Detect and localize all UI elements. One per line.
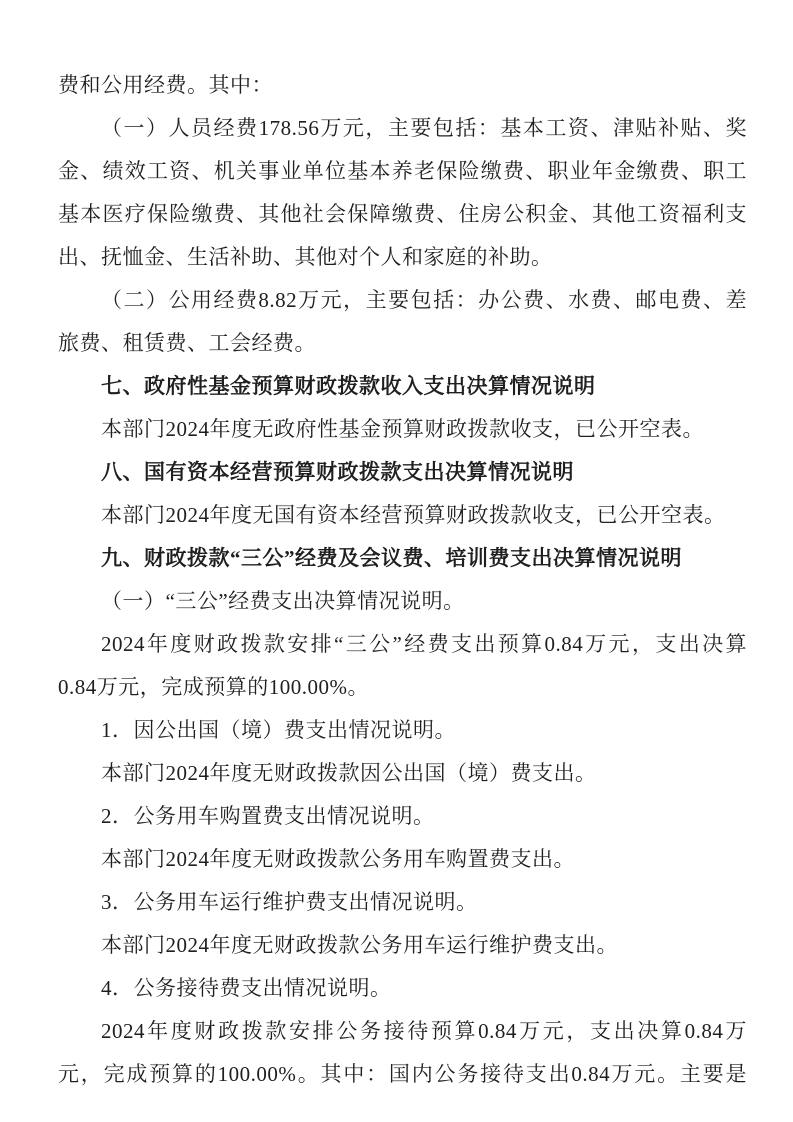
text-line: 4．公务接待费支出情况说明。 — [58, 967, 747, 1010]
text-line: 2．公务用车购置费支出情况说明。 — [58, 795, 747, 838]
text-line: 3．公务用车运行维护费支出情况说明。 — [58, 881, 747, 924]
text-line: 2024年度财政拨款安排“三公”经费支出预算0.84万元，支出决算 — [58, 623, 747, 666]
text-line: 1．因公出国（境）费支出情况说明。 — [58, 709, 747, 752]
text-line: 本部门2024年度无政府性基金预算财政拨款收支，已公开空表。 — [58, 408, 747, 451]
text-line: 本部门2024年度无国有资本经营预算财政拨款收支，已公开空表。 — [58, 494, 747, 537]
document-content: 费和公用经费。其中：（一）人员经费178.56万元，主要包括：基本工资、津贴补贴… — [58, 64, 747, 1096]
text-line: 旅费、租赁费、工会经费。 — [58, 322, 747, 365]
text-line: 金、绩效工资、机关事业单位基本养老保险缴费、职业年金缴费、职工 — [58, 150, 747, 193]
text-line: 本部门2024年度无财政拨款公务用车购置费支出。 — [58, 838, 747, 881]
document-page: 费和公用经费。其中：（一）人员经费178.56万元，主要包括：基本工资、津贴补贴… — [0, 0, 793, 1122]
text-line: 2024年度财政拨款安排公务接待预算0.84万元，支出决算0.84万 — [58, 1010, 747, 1053]
section-heading: 七、政府性基金预算财政拨款收入支出决算情况说明 — [58, 365, 747, 408]
text-line: 本部门2024年度无财政拨款公务用车运行维护费支出。 — [58, 924, 747, 967]
section-heading: 八、国有资本经营预算财政拨款支出决算情况说明 — [58, 451, 747, 494]
text-line: 基本医疗保险缴费、其他社会保障缴费、住房公积金、其他工资福利支 — [58, 193, 747, 236]
text-line: 本部门2024年度无财政拨款因公出国（境）费支出。 — [58, 752, 747, 795]
text-line: 出、抚恤金、生活补助、其他对个人和家庭的补助。 — [58, 236, 747, 279]
section-heading: 九、财政拨款“三公”经费及会议费、培训费支出决算情况说明 — [58, 537, 747, 580]
text-line: 0.84万元，完成预算的100.00%。 — [58, 666, 747, 709]
text-line: 费和公用经费。其中： — [58, 64, 747, 107]
text-line: 元，完成预算的100.00%。其中：国内公务接待支出0.84万元。主要是 — [58, 1053, 747, 1096]
text-line: （一）“三公”经费支出决算情况说明。 — [58, 580, 747, 623]
text-line: （二）公用经费8.82万元，主要包括：办公费、水费、邮电费、差 — [58, 279, 747, 322]
text-line: （一）人员经费178.56万元，主要包括：基本工资、津贴补贴、奖 — [58, 107, 747, 150]
